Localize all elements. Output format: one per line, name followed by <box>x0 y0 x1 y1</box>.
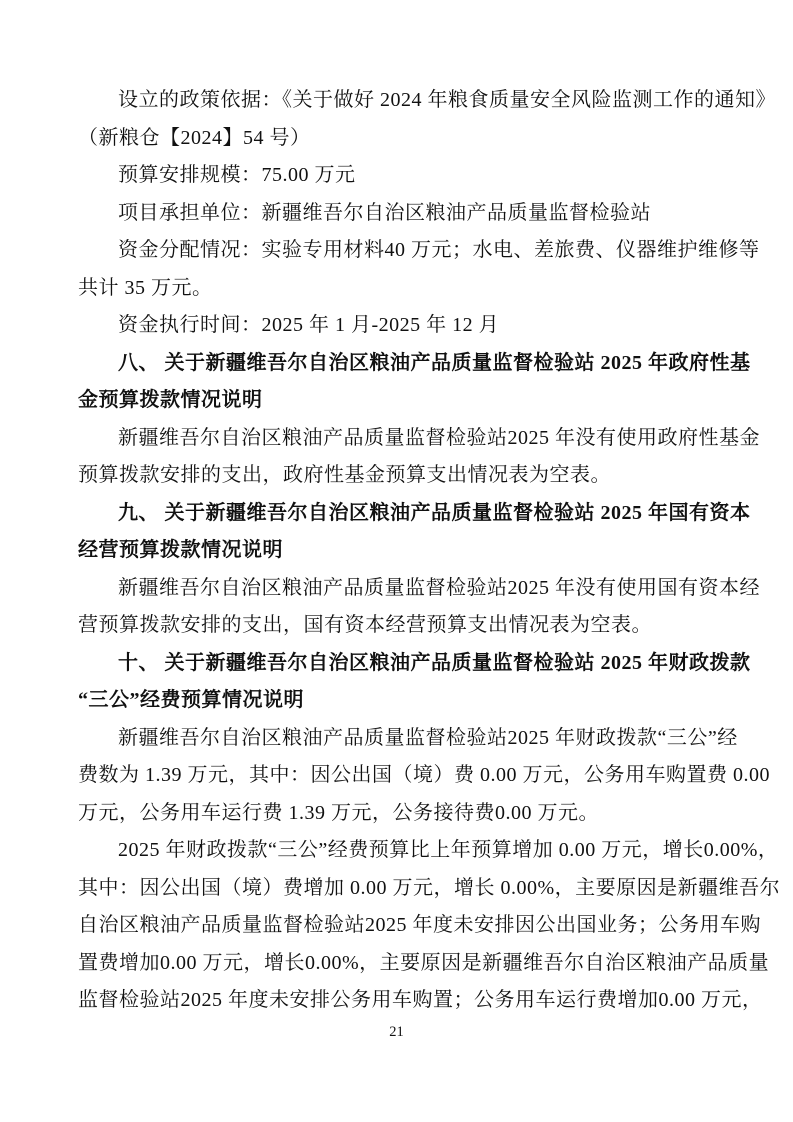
text-line: 预算拨款安排的支出，政府性基金预算支出情况表为空表。 <box>78 457 743 495</box>
page-footer: 21 <box>0 1022 793 1042</box>
text-line: 营预算拨款安排的支出，国有资本经营预算支出情况表为空表。 <box>78 607 743 645</box>
text-line: 监督检验站2025 年度未安排公务用车购置；公务用车运行费增加0.00 万元， <box>78 982 743 1020</box>
text-line: 费数为 1.39 万元，其中：因公出国（境）费 0.00 万元，公务用车购置费 … <box>78 757 743 795</box>
document-content: 设立的政策依据：《关于做好 2024 年粮食质量安全风险监测工作的通知》（新粮仓… <box>78 82 743 1020</box>
section-heading: 八、 关于新疆维吾尔自治区粮油产品质量监督检验站 2025 年政府性基金预算拨款… <box>78 345 743 420</box>
text-line: 2025 年财政拨款“三公”经费预算比上年预算增加 0.00 万元，增长0.00… <box>78 832 743 870</box>
text-line: （新粮仓【2024】54 号） <box>78 120 743 158</box>
paragraph: 资金执行时间：2025 年 1 月-2025 年 12 月 <box>78 307 743 345</box>
text-line: 资金执行时间：2025 年 1 月-2025 年 12 月 <box>78 307 743 345</box>
text-line: 自治区粮油产品质量监督检验站2025 年度未安排因公出国业务；公务用车购 <box>78 907 743 945</box>
paragraph: 预算安排规模：75.00 万元 <box>78 157 743 195</box>
text-line: 十、 关于新疆维吾尔自治区粮油产品质量监督检验站 2025 年财政拨款 <box>78 645 743 683</box>
text-line: 新疆维吾尔自治区粮油产品质量监督检验站2025 年没有使用国有资本经 <box>78 570 743 608</box>
text-line: 项目承担单位：新疆维吾尔自治区粮油产品质量监督检验站 <box>78 195 743 233</box>
text-line: 八、 关于新疆维吾尔自治区粮油产品质量监督检验站 2025 年政府性基 <box>78 345 743 383</box>
paragraph: 新疆维吾尔自治区粮油产品质量监督检验站2025 年没有使用政府性基金预算拨款安排… <box>78 420 743 495</box>
text-line: 共计 35 万元。 <box>78 270 743 308</box>
text-line: 新疆维吾尔自治区粮油产品质量监督检验站2025 年没有使用政府性基金 <box>78 420 743 458</box>
text-line: 设立的政策依据：《关于做好 2024 年粮食质量安全风险监测工作的通知》 <box>78 82 743 120</box>
text-line: 经营预算拨款情况说明 <box>78 532 743 570</box>
paragraph: 设立的政策依据：《关于做好 2024 年粮食质量安全风险监测工作的通知》（新粮仓… <box>78 82 743 157</box>
section-heading: 九、 关于新疆维吾尔自治区粮油产品质量监督检验站 2025 年国有资本经营预算拨… <box>78 495 743 570</box>
text-line: 资金分配情况：实验专用材料40 万元；水电、差旅费、仪器维护维修等 <box>78 232 743 270</box>
paragraph: 新疆维吾尔自治区粮油产品质量监督检验站2025 年财政拨款“三公”经费数为 1.… <box>78 720 743 833</box>
text-line: 九、 关于新疆维吾尔自治区粮油产品质量监督检验站 2025 年国有资本 <box>78 495 743 533</box>
text-line: “三公”经费预算情况说明 <box>78 682 743 720</box>
text-line: 新疆维吾尔自治区粮油产品质量监督检验站2025 年财政拨款“三公”经 <box>78 720 743 758</box>
text-line: 预算安排规模：75.00 万元 <box>78 157 743 195</box>
paragraph: 项目承担单位：新疆维吾尔自治区粮油产品质量监督检验站 <box>78 195 743 233</box>
section-heading: 十、 关于新疆维吾尔自治区粮油产品质量监督检验站 2025 年财政拨款“三公”经… <box>78 645 743 720</box>
text-line: 其中：因公出国（境）费增加 0.00 万元，增长 0.00%，主要原因是新疆维吾… <box>78 870 743 908</box>
text-line: 万元，公务用车运行费 1.39 万元，公务接待费0.00 万元。 <box>78 795 743 833</box>
paragraph: 2025 年财政拨款“三公”经费预算比上年预算增加 0.00 万元，增长0.00… <box>78 832 743 1020</box>
paragraph: 资金分配情况：实验专用材料40 万元；水电、差旅费、仪器维护维修等共计 35 万… <box>78 232 743 307</box>
text-line: 置费增加0.00 万元，增长0.00%，主要原因是新疆维吾尔自治区粮油产品质量 <box>78 945 743 983</box>
text-line: 金预算拨款情况说明 <box>78 382 743 420</box>
page-number: 21 <box>389 1024 404 1040</box>
paragraph: 新疆维吾尔自治区粮油产品质量监督检验站2025 年没有使用国有资本经营预算拨款安… <box>78 570 743 645</box>
document-page: 设立的政策依据：《关于做好 2024 年粮食质量安全风险监测工作的通知》（新粮仓… <box>0 0 793 1122</box>
